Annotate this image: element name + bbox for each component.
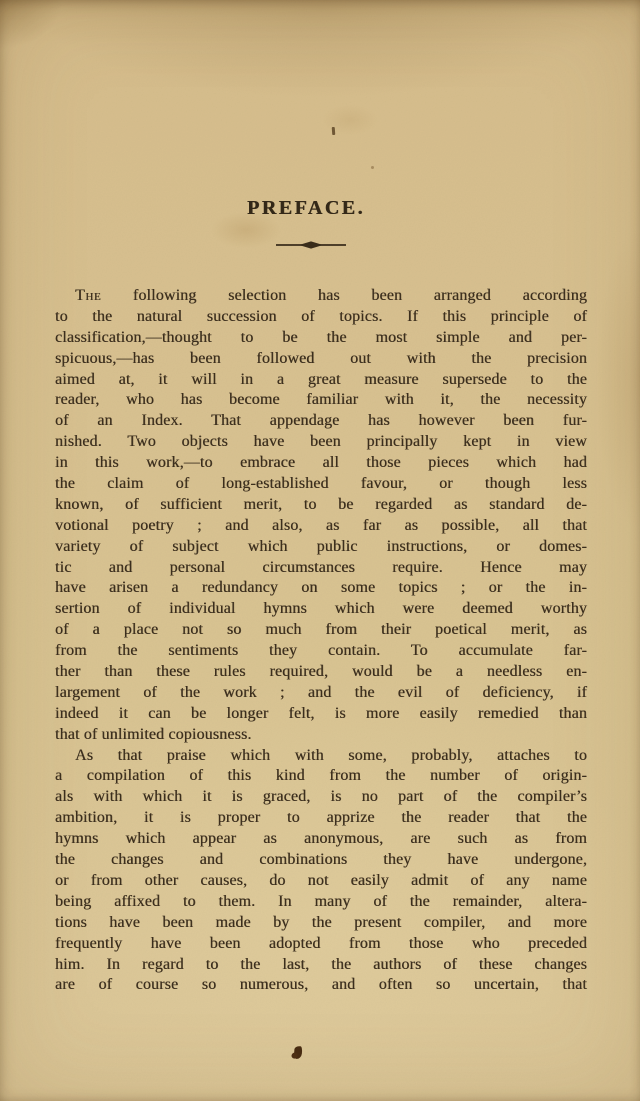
paper-speck	[371, 166, 374, 169]
text-line: indeed it can be longer felt, is more ea…	[55, 704, 587, 725]
text-line: variety of subject which public instruct…	[55, 537, 587, 558]
text-line: the claim of long-established favour, or…	[55, 474, 587, 495]
text-line: The following selection has been arrange…	[55, 286, 587, 307]
page-title: PREFACE.	[40, 197, 572, 220]
text-line: tic and personal circumstances require. …	[55, 558, 587, 579]
text-line: spicuous,—has been followed out with the…	[55, 349, 587, 370]
text-line: aimed at, it will in a great measure sup…	[55, 370, 587, 391]
text-line: that of unlimited copiousness.	[55, 725, 587, 746]
text-line: the changes and combinations they have u…	[55, 850, 587, 871]
text-line: to the natural succession of topics. If …	[55, 307, 587, 328]
ink-blot	[293, 1046, 303, 1060]
paragraph-2: As that praise which with some, probably…	[55, 746, 587, 997]
divider-rule-with-diamond-icon	[276, 240, 346, 250]
book-page: PREFACE. The following selection has bee…	[0, 0, 640, 1101]
paragraph-1: The following selection has been arrange…	[55, 286, 587, 746]
text-line: have arisen a redundancy on some topics …	[55, 578, 587, 599]
text-line: ther than these rules required, would be…	[55, 662, 587, 683]
text-line: tions have been made by the present comp…	[55, 913, 587, 934]
text-line: frequently have been adopted from those …	[55, 934, 587, 955]
text-line: As that praise which with some, probably…	[55, 746, 587, 767]
text-line: are of course so numerous, and often so …	[55, 975, 587, 996]
text-line: or from other causes, do not easily admi…	[55, 871, 587, 892]
lead-word-small-caps: The	[75, 287, 101, 304]
text-line: known, of sufficient merit, to be regard…	[55, 495, 587, 516]
text-line: from the sentiments they contain. To acc…	[55, 641, 587, 662]
text-line: a compilation of this kind from the numb…	[55, 766, 587, 787]
text-line: him. In regard to the last, the authors …	[55, 955, 587, 976]
text-line-rest: following selection has been arranged ac…	[133, 287, 587, 304]
text-line: nished. Two objects have been principall…	[55, 432, 587, 453]
text-line: hymns which appear as anonymous, are suc…	[55, 829, 587, 850]
text-line: reader, who has become familiar with it,…	[55, 390, 587, 411]
text-line: being affixed to them. In many of the re…	[55, 892, 587, 913]
text-line: in this work,—to embrace all those piece…	[55, 453, 587, 474]
text-line: votional poetry ; and also, as far as po…	[55, 516, 587, 537]
stray-ink-mark	[332, 127, 335, 135]
text-line: classification,—thought to be the most s…	[55, 328, 587, 349]
text-line: of an Index. That appendage has however …	[55, 411, 587, 432]
body-text: The following selection has been arrange…	[55, 286, 587, 996]
text-line: of a place not so much from their poetic…	[55, 620, 587, 641]
text-line: ambition, it is proper to apprize the re…	[55, 808, 587, 829]
text-line: sertion of individual hymns which were d…	[55, 599, 587, 620]
text-line: als with which it is graced, is no part …	[55, 787, 587, 808]
text-line: largement of the work ; and the evil of …	[55, 683, 587, 704]
